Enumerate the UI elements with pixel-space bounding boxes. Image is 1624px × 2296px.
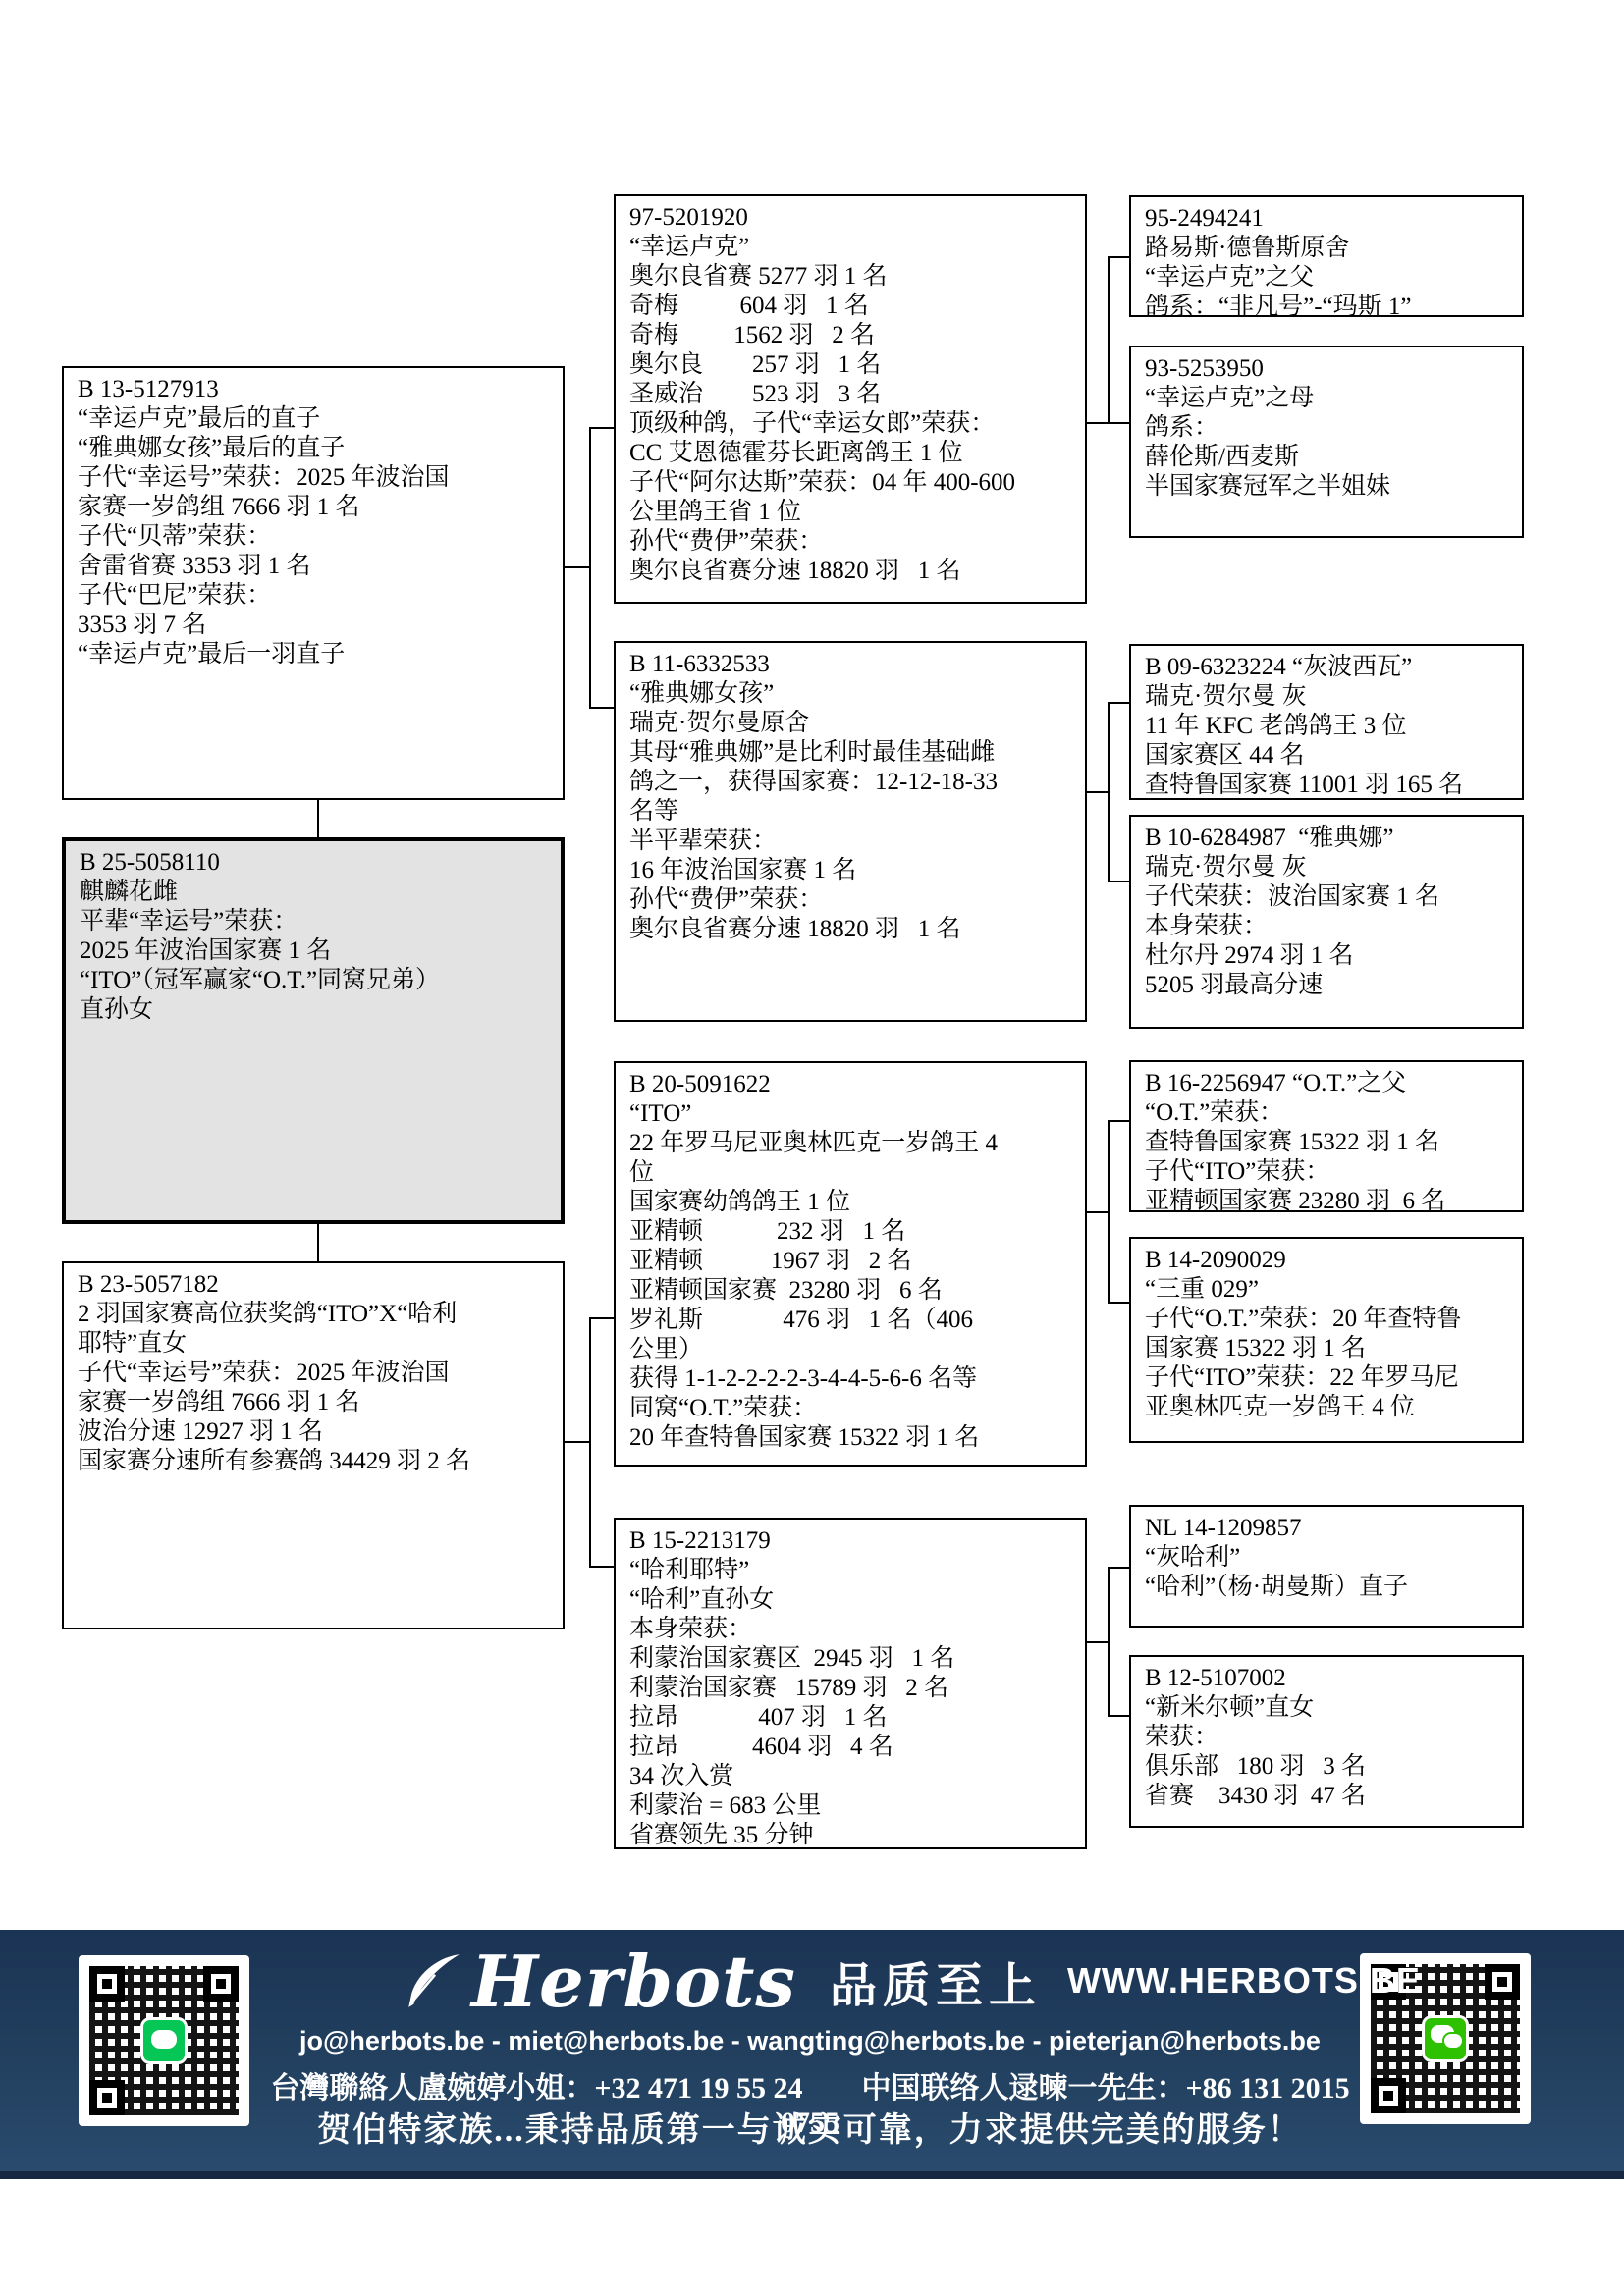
- ggp4-text: B 10-6284987 “雅典娜” 瑞克·贺尔曼 灰 子代荣获：波治国家赛 1…: [1131, 817, 1522, 1006]
- pedigree-box-subject: B 25-5058110 麒麟花雌 平辈“幸运号”荣获： 2025 年波治国家赛…: [62, 837, 565, 1224]
- connector-line: [1087, 1641, 1108, 1643]
- sire-text: B 13-5127913 “幸运卢克”最后的直子 “雅典娜女孩”最后的直子 子代…: [64, 368, 563, 675]
- connector-line: [1108, 702, 1110, 882]
- ggp2-text: 93-5253950 “幸运卢克”之母 鸽系： 薛伦斯/西麦斯 半国家赛冠军之半…: [1131, 347, 1522, 507]
- connector-line: [317, 800, 319, 837]
- contact-emails: jo@herbots.be - miet@herbots.be - wangti…: [265, 2026, 1355, 2056]
- footer-banner: Herbots 品质至上 WWW.HERBOTS.BE jo@herbots.b…: [0, 1930, 1624, 2179]
- qr-finder-icon: [89, 2080, 125, 2115]
- connector-line: [1108, 702, 1129, 704]
- line-app-icon: [140, 2017, 188, 2064]
- pedigree-page: B 13-5127913 “幸运卢克”最后的直子 “雅典娜女孩”最后的直子 子代…: [0, 0, 1624, 2296]
- gp3-text: B 20-5091622 “ITO” 22 年罗马尼亚奥林匹克一岁鸽王 4 位 …: [616, 1063, 1085, 1459]
- feather-icon: [401, 1949, 465, 2013]
- pedigree-box-sire: B 13-5127913 “幸运卢克”最后的直子 “雅典娜女孩”最后的直子 子代…: [62, 366, 565, 800]
- connector-line: [589, 427, 614, 429]
- footer-tagline: 贺伯特家族...秉持品质第一与诚实可靠，力求提供完美的服务！: [255, 2103, 1365, 2151]
- connector-line: [589, 1317, 614, 1319]
- gp2-text: B 11-6332533 “雅典娜女孩” 瑞克·贺尔曼原舍 其母“雅典娜”是比利…: [616, 643, 1085, 950]
- pedigree-box-dam: B 23-5057182 2 羽国家赛高位获奖鸽“ITO”X“哈利 耶特”直女 …: [62, 1261, 565, 1629]
- qr-finder-icon: [1371, 2078, 1406, 2113]
- connector-line: [565, 1441, 591, 1443]
- connector-line: [1108, 256, 1129, 258]
- connector-line: [589, 427, 591, 709]
- connector-line: [589, 707, 614, 709]
- pedigree-box-ggp-3: B 09-6323224 “灰波西瓦” 瑞克·贺尔曼 灰 11 年 KFC 老鸽…: [1129, 644, 1524, 800]
- connector-line: [1108, 256, 1110, 424]
- connector-line: [589, 1317, 591, 1568]
- ggp7-text: NL 14-1209857 “灰哈利” “哈利”（杨·胡曼斯）直子: [1131, 1507, 1522, 1608]
- connector-line: [1087, 1211, 1108, 1213]
- connector-line: [317, 1224, 319, 1261]
- pedigree-box-ggp-7: NL 14-1209857 “灰哈利” “哈利”（杨·胡曼斯）直子: [1129, 1505, 1524, 1628]
- connector-line: [1087, 791, 1108, 793]
- connector-line: [589, 1566, 614, 1568]
- pedigree-box-granddam-maternal: B 15-2213179 “哈利耶特” “哈利”直孙女 本身荣获： 利蒙治国家赛…: [614, 1518, 1087, 1849]
- website-url: WWW.HERBOTS.BE: [1067, 1960, 1421, 2002]
- connector-line: [1108, 1120, 1110, 1304]
- connector-line: [565, 566, 591, 568]
- qr-finder-icon: [89, 1966, 125, 2002]
- pedigree-box-ggp-6: B 14-2090029 “三重 029” 子代“O.T.”荣获：20 年查特鲁…: [1129, 1237, 1524, 1443]
- connector-line: [1108, 1120, 1129, 1122]
- qr-pattern: [89, 1966, 239, 2115]
- connector-line: [1108, 1567, 1110, 1717]
- ggp3-text: B 09-6323224 “灰波西瓦” 瑞克·贺尔曼 灰 11 年 KFC 老鸽…: [1131, 646, 1522, 806]
- wechat-icon: [1422, 2015, 1469, 2062]
- pedigree-box-grandsire-maternal: B 20-5091622 “ITO” 22 年罗马尼亚奥林匹克一岁鸽王 4 位 …: [614, 1061, 1087, 1467]
- ggp6-text: B 14-2090029 “三重 029” 子代“O.T.”荣获：20 年查特鲁…: [1131, 1239, 1522, 1428]
- ggp5-text: B 16-2256947 “O.T.”之父 “O.T.”荣获： 查特鲁国家赛 1…: [1131, 1062, 1522, 1222]
- ggp1-text: 95-2494241 路易斯·德鲁斯原舍 “幸运卢克”之父 鸽系：“非凡号”-“…: [1131, 197, 1522, 328]
- brand-row: Herbots 品质至上 WWW.HERBOTS.BE: [401, 1940, 1421, 2022]
- ggp8-text: B 12-5107002 “新米尔顿”直女 荣获： 俱乐部 180 羽 3 名 …: [1131, 1657, 1522, 1817]
- connector-line: [1108, 1567, 1129, 1569]
- pedigree-box-ggp-4: B 10-6284987 “雅典娜” 瑞克·贺尔曼 灰 子代荣获：波治国家赛 1…: [1129, 815, 1524, 1029]
- qr-finder-icon: [203, 1966, 239, 2002]
- pedigree-box-grandsire-paternal: 97-5201920 “幸运卢克” 奥尔良省赛 5277 羽 1 名 奇梅 60…: [614, 194, 1087, 604]
- pedigree-box-ggp-1: 95-2494241 路易斯·德鲁斯原舍 “幸运卢克”之父 鸽系：“非凡号”-“…: [1129, 195, 1524, 317]
- quality-slogan: 品质至上: [830, 1948, 1042, 2015]
- connector-line: [1108, 881, 1129, 882]
- pedigree-box-ggp-8: B 12-5107002 “新米尔顿”直女 荣获： 俱乐部 180 羽 3 名 …: [1129, 1655, 1524, 1828]
- line-qr-code: [79, 1955, 249, 2126]
- pedigree-box-ggp-2: 93-5253950 “幸运卢克”之母 鸽系： 薛伦斯/西麦斯 半国家赛冠军之半…: [1129, 346, 1524, 538]
- gp1-text: 97-5201920 “幸运卢克” 奥尔良省赛 5277 羽 1 名 奇梅 60…: [616, 196, 1085, 592]
- dam-text: B 23-5057182 2 羽国家赛高位获奖鸽“ITO”X“哈利 耶特”直女 …: [64, 1263, 563, 1482]
- brand-logo-text: Herbots: [471, 1940, 796, 2023]
- connector-line: [1108, 1302, 1129, 1304]
- subject-text: B 25-5058110 麒麟花雌 平辈“幸运号”荣获： 2025 年波治国家赛…: [66, 841, 561, 1031]
- connector-line: [1108, 1715, 1129, 1717]
- gp4-text: B 15-2213179 “哈利耶特” “哈利”直孙女 本身荣获： 利蒙治国家赛…: [616, 1520, 1085, 1856]
- qr-finder-icon: [1485, 1964, 1520, 2000]
- pedigree-box-ggp-5: B 16-2256947 “O.T.”之父 “O.T.”荣获： 查特鲁国家赛 1…: [1129, 1060, 1524, 1212]
- pedigree-box-granddam-paternal: B 11-6332533 “雅典娜女孩” 瑞克·贺尔曼原舍 其母“雅典娜”是比利…: [614, 641, 1087, 1022]
